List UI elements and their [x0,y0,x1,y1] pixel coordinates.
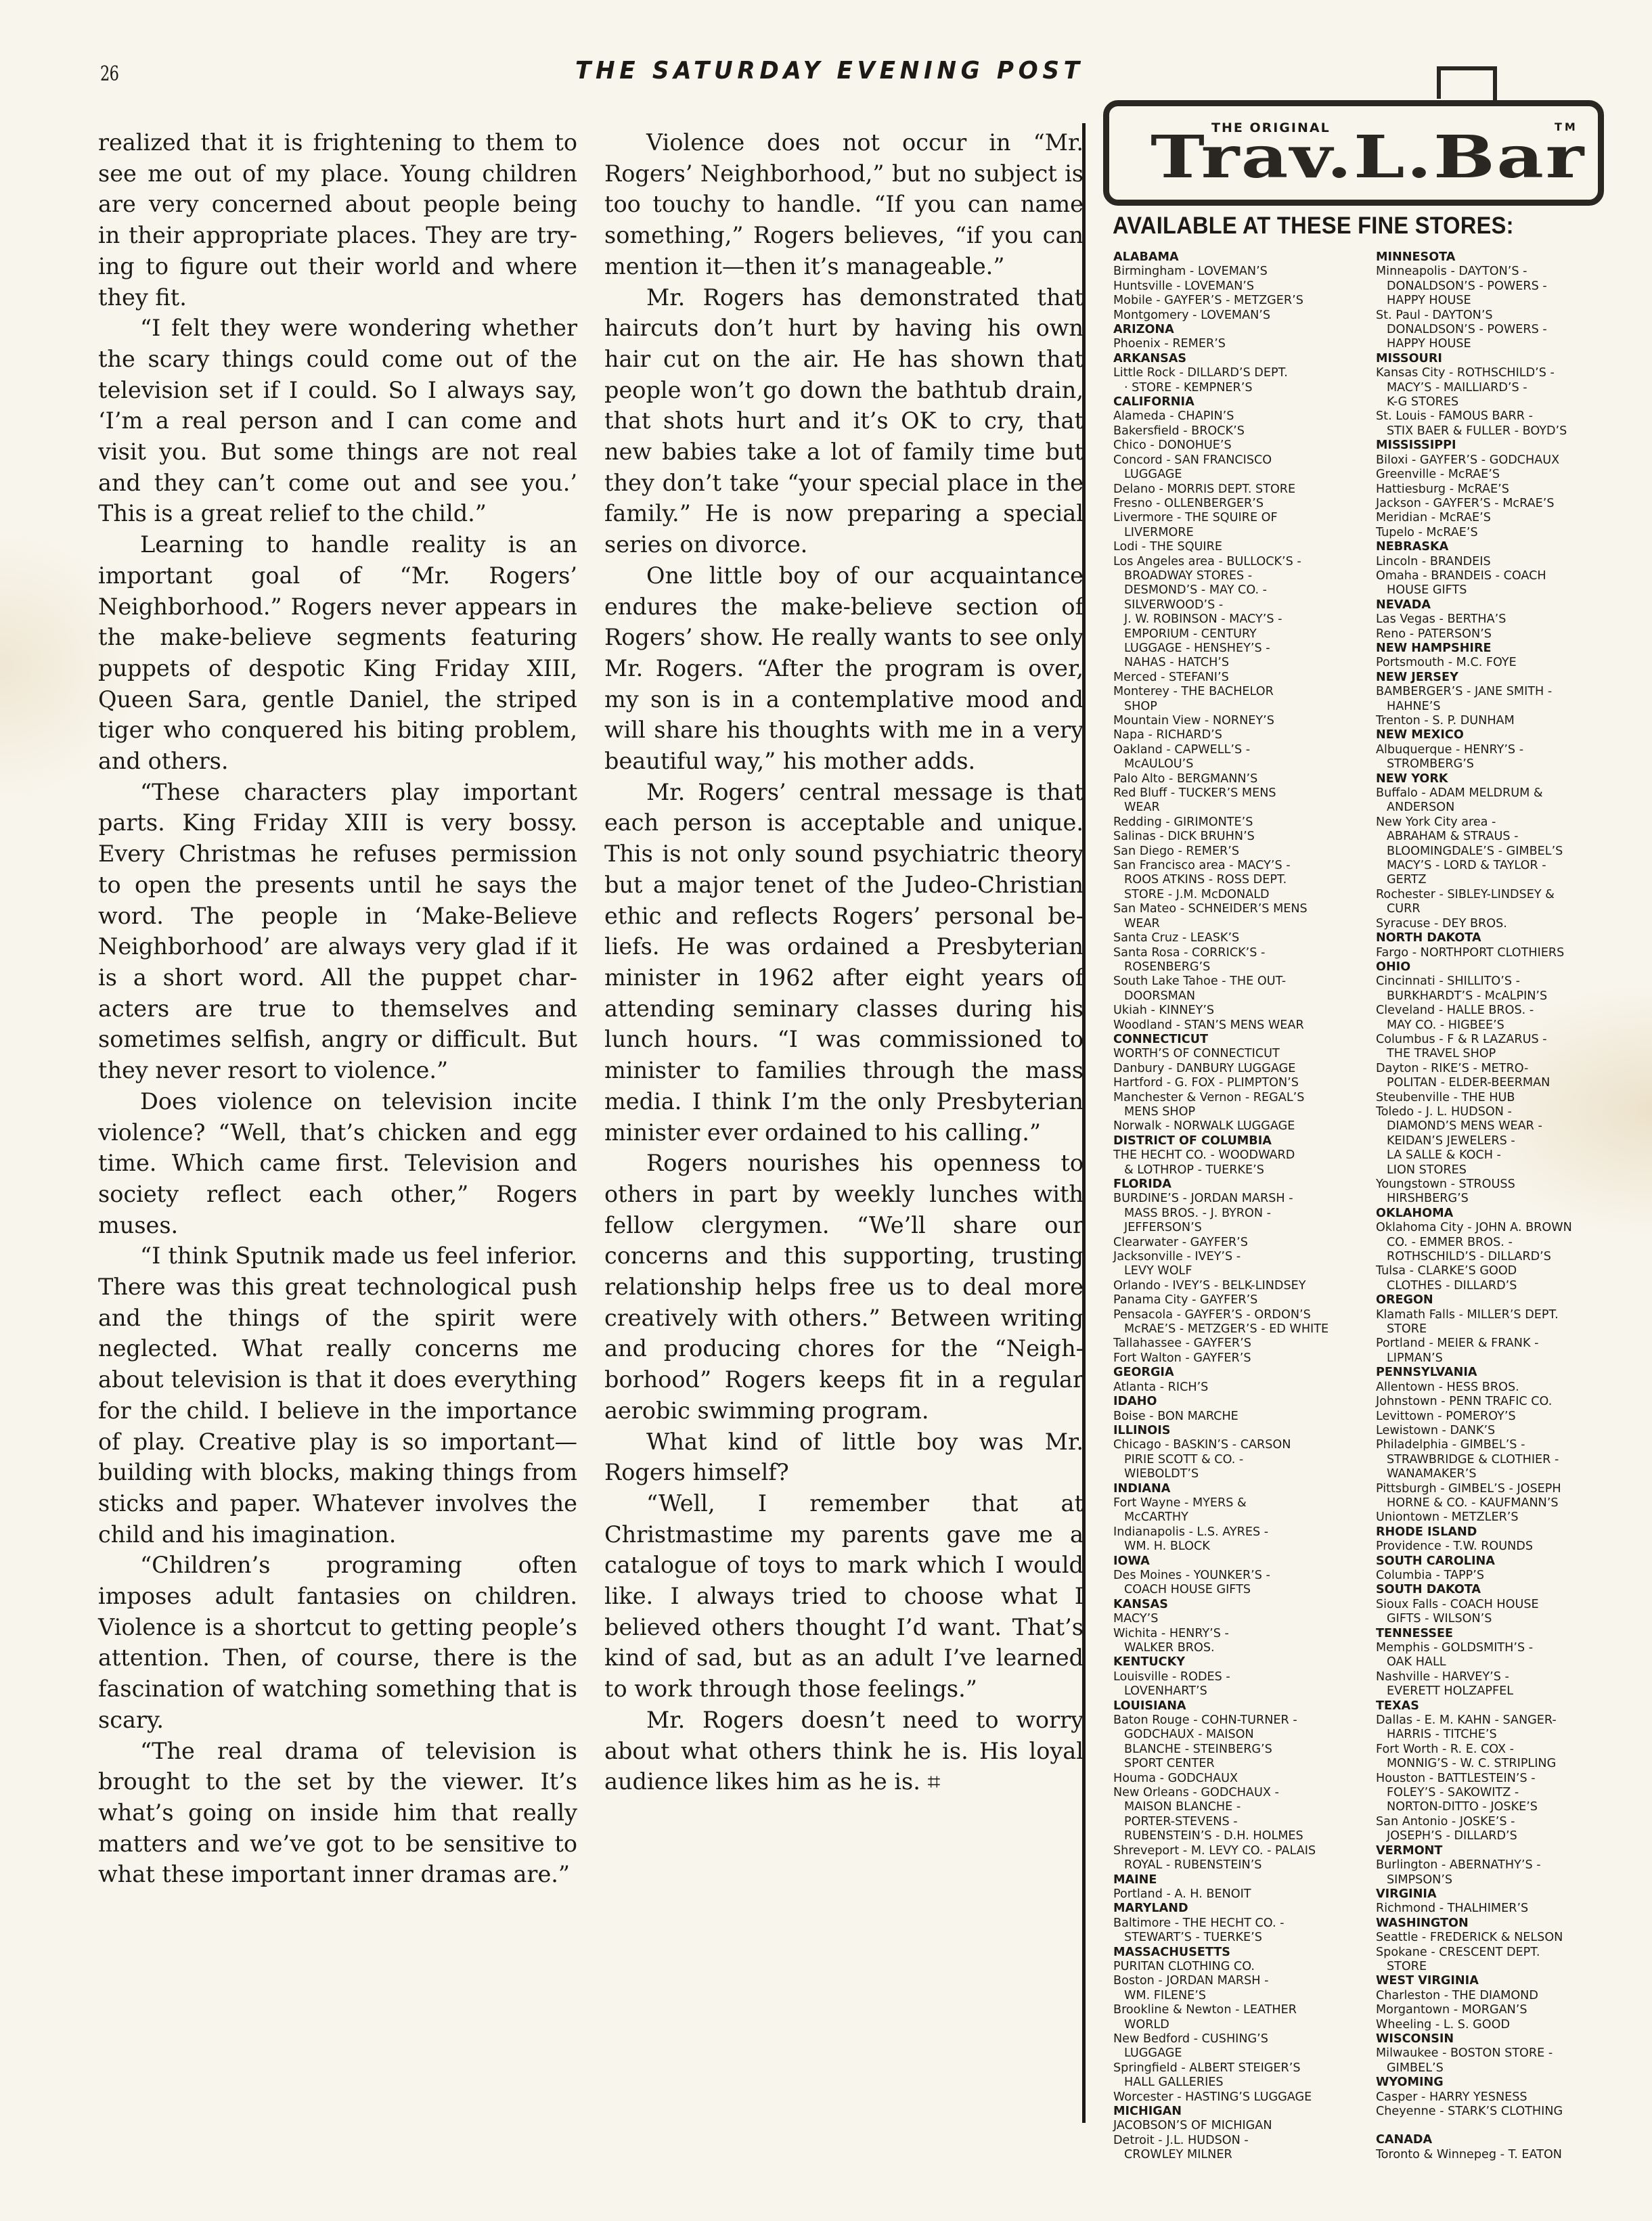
store-entry: Fresno - OLLENBERGER’S [1113,497,1329,511]
store-entry: MENS SHOP [1113,1105,1329,1119]
state-heading: VIRGINIA [1376,1887,1572,1902]
store-entry: Uniontown - METZLER’S [1376,1510,1572,1525]
store-entry: Klamath Falls - MILLER’S DEPT. [1376,1308,1572,1322]
store-entry: Fargo - NORTHPORT CLOTHIERS [1376,946,1572,960]
store-entry: Palo Alto - BERGMANN’S [1113,772,1329,786]
store-entry: Boston - JORDAN MARSH - [1113,1974,1329,1988]
store-entry: WM. FILENE’S [1113,1989,1329,2003]
article-paragraph: “I think Sputnik made us feel inferior. … [98,1240,577,1550]
magazine-page: 26 THE SATURDAY EVENING POST realized th… [0,0,1652,2221]
store-entry: Mobile - GAYFER’S - METZGER’S [1113,294,1329,308]
ad-headline: AVAILABLE AT THESE FINE STORES: [1113,212,1514,240]
store-entry: HAHNE’S [1376,700,1572,714]
store-entry: K-G STORES [1376,395,1572,409]
store-entry: OAK HALL [1376,1655,1572,1669]
store-entry: Wichita - HENRY’S - [1113,1627,1329,1641]
store-entry: Syracuse - DEY BROS. [1376,917,1572,931]
store-entry: Morgantown - MORGAN’S [1376,2003,1572,2017]
store-entry: Buffalo - ADAM MELDRUM & [1376,786,1572,801]
store-entry: Cincinnati - SHILLITO’S - [1376,974,1572,989]
store-entry: Ukiah - KINNEY’S [1113,1004,1329,1018]
store-entry: JEFFERSON’S [1113,1221,1329,1235]
store-entry: SIMPSON’S [1376,1873,1572,1887]
state-heading: MICHIGAN [1113,2105,1329,2119]
store-entry: Redding - GIRIMONTE’S [1113,815,1329,830]
state-heading: SOUTH DAKOTA [1376,1583,1572,1597]
store-entry: Norwalk - NORWALK LUGGAGE [1113,1119,1329,1134]
store-entry: Tulsa - CLARKE’S GOOD [1376,1264,1572,1278]
store-entry: Chico - DONOHUE’S [1113,439,1329,453]
store-entry: Orlando - IVEY’S - BELK-LINDSEY [1113,1279,1329,1293]
store-entry: Chicago - BASKIN’S - CARSON [1113,1438,1329,1452]
store-entry: WORLD [1113,2018,1329,2032]
store-entry: BURKHARDT’S - McALPIN’S [1376,989,1572,1004]
store-entry: STORE [1376,1960,1572,1974]
store-entry: JACOBSON’S OF MICHIGAN [1113,2119,1329,2133]
store-entry: HOUSE GIFTS [1376,583,1572,598]
store-entry: FOLEY’S - SAKOWITZ - [1376,1786,1572,1800]
store-entry: DESMOND’S - MAY CO. - [1113,583,1329,598]
store-entry: MONNIG’S - W. C. STRIPLING [1376,1757,1572,1771]
store-entry: Springfield - ALBERT STEIGER’S [1113,2061,1329,2076]
state-heading: MISSOURI [1376,352,1572,366]
store-entry: New Bedford - CUSHING’S [1113,2032,1329,2046]
store-entry: Rochester - SIBLEY-LINDSEY & [1376,888,1572,902]
store-entry: LUGGAGE [1113,2046,1329,2061]
store-entry: NAHAS - HATCH’S [1113,656,1329,670]
store-entry: HALL GALLERIES [1113,2076,1329,2090]
store-entry: Boise - BON MARCHE [1113,1410,1329,1424]
store-entry: BLANCHE - STEINBERG’S [1113,1743,1329,1757]
store-entry: Panama City - GAYFER’S [1113,1293,1329,1307]
state-heading: IDAHO [1113,1395,1329,1409]
store-entry: CLOTHES - DILLARD’S [1376,1279,1572,1293]
store-entry: BROADWAY STORES - [1113,569,1329,583]
store-entry: GERTZ [1376,873,1572,887]
store-entry: Fort Worth - R. E. COX - [1376,1743,1572,1757]
store-entry: DIAMOND’S MENS WEAR - [1376,1119,1572,1134]
store-entry: Merced - STEFANI’S [1113,671,1329,685]
store-entry: Monterey - THE BACHELOR [1113,685,1329,699]
store-entry: Oakland - CAPWELL’S - [1113,743,1329,757]
store-entry: Bakersfield - BROCK’S [1113,424,1329,439]
store-entry: Philadelphia - GIMBEL’S - [1376,1438,1572,1452]
store-entry: Minneapolis - DAYTON’S - [1376,265,1572,279]
store-entry: Kansas City - ROTHSCHILD’S - [1376,366,1572,380]
state-heading: MAINE [1113,1873,1329,1887]
store-entry: Napa - RICHARD’S [1113,728,1329,742]
state-heading: WASHINGTON [1376,1916,1572,1931]
store-entry: San Francisco area - MACY’S - [1113,859,1329,873]
store-entry: PURITAN CLOTHING CO. [1113,1960,1329,1974]
store-entry: Memphis - GOLDSMITH’S - [1376,1641,1572,1655]
store-entry: St. Paul - DAYTON’S [1376,309,1572,323]
store-entry: Red Bluff - TUCKER’S MENS [1113,786,1329,801]
store-entry: Toledo - J. L. HUDSON - [1376,1105,1572,1119]
store-entry: GODCHAUX - MAISON [1113,1728,1329,1742]
state-heading: LOUISIANA [1113,1699,1329,1713]
store-entry: Birmingham - LOVEMAN’S [1113,265,1329,279]
store-entry: BLOOMINGDALE’S - GIMBEL’S [1376,845,1572,859]
store-entry: WEAR [1113,917,1329,931]
state-heading: WYOMING [1376,2076,1572,2090]
store-entry: Baltimore - THE HECHT CO. - [1113,1916,1329,1931]
state-heading: NEW YORK [1376,772,1572,786]
state-heading: RHODE ISLAND [1376,1525,1572,1540]
state-heading: ARKANSAS [1113,352,1329,366]
article-paragraph: One little boy of our acquain­tance endu… [604,560,1084,777]
store-entry: Biloxi - GAYFER’S - GODCHAUX [1376,453,1572,468]
store-entry: Santa Cruz - LEASK’S [1113,931,1329,945]
store-entry: Baton Rouge - COHN-TURNER - [1113,1713,1329,1728]
article-paragraph: “I felt they were wondering whether the … [98,313,577,529]
store-entry: Columbus - F & R LAZARUS - [1376,1033,1572,1047]
store-entry: ROYAL - RUBENSTEIN’S [1113,1858,1329,1872]
store-entry: POLITAN - ELDER-BEERMAN [1376,1076,1572,1090]
store-entry: STEWART’S - TUERKE’S [1113,1931,1329,1945]
store-entry: ROTHSCHILD’S - DILLARD’S [1376,1250,1572,1264]
store-entry: LIPMAN’S [1376,1351,1572,1366]
store-entry: Mountain View - NORNEY’S [1113,714,1329,728]
store-entry: PORTER-STEVENS - [1113,1815,1329,1829]
article-paragraph: Violence does not occur in “Mr. Rogers’ … [604,127,1084,282]
state-heading: MASSACHUSETTS [1113,1946,1329,1960]
store-entry: Hattiesburg - McRAE’S [1376,483,1572,497]
store-entry: New York City area - [1376,815,1572,830]
store-entry: Shreveport - M. LEVY CO. - PALAIS [1113,1844,1329,1858]
store-entry: MAY CO. - HIGBEE’S [1376,1018,1572,1033]
article-paragraph: “The real drama of television is brought… [98,1736,577,1891]
store-entry: Jackson - GAYFER’S - McRAE’S [1376,497,1572,511]
store-entry: Fort Walton - GAYFER’S [1113,1351,1329,1366]
store-entry: STORE - J.M. McDONALD [1113,888,1329,902]
store-entry: Oklahoma City - JOHN A. BROWN [1376,1221,1572,1235]
article-paragraph: Mr. Rogers has demonstrated that haircut… [604,282,1084,560]
store-entry: BAMBERGER’S - JANE SMITH - [1376,685,1572,699]
store-entry: Los Angeles area - BULLOCK’S - [1113,555,1329,569]
store-entry: CROWLEY MILNER [1113,2148,1329,2162]
article-paragraph: realized that it is frightening to them … [98,127,577,313]
store-entry: EMPORIUM - CENTURY [1113,627,1329,642]
article-paragraph: Mr. Rogers’ central message is that each… [604,777,1084,1148]
store-entry: Dayton - RIKE’S - METRO- [1376,1062,1572,1076]
store-entry: Dallas - E. M. KAHN - SANGER- [1376,1713,1572,1728]
store-entry: Lincoln - BRANDEIS [1376,555,1572,569]
state-heading: KANSAS [1113,1598,1329,1612]
state-heading: NEW JERSEY [1376,671,1572,685]
store-entry: WIEBOLDT’S [1113,1467,1329,1481]
store-entry: & LOTHROP - TUERKE’S [1113,1163,1329,1177]
store-entry: DONALDSON’S - POWERS - [1376,323,1572,337]
store-entry: HORNE & CO. - KAUFMANN’S [1376,1496,1572,1510]
store-entry: Brookline & Newton - LEATHER [1113,2003,1329,2017]
store-entry: SILVERWOOD’S - [1113,598,1329,612]
article-paragraph: Does violence on television in­cite viol… [98,1086,577,1241]
store-entry: STROMBERG’S [1376,757,1572,771]
store-entry: Portland - A. H. BENOIT [1113,1887,1329,1902]
store-entry: DONALDSON’S - POWERS - [1376,279,1572,294]
state-heading: PENNSYLVANIA [1376,1366,1572,1380]
store-entry: San Mateo - SCHNEIDER’S MENS [1113,902,1329,916]
store-entry: Johnstown - PENN TRAFIC CO. [1376,1395,1572,1409]
store-entry: Burlington - ABERNATHY’S - [1376,1858,1572,1872]
state-heading: KENTUCKY [1113,1655,1329,1669]
store-entry: WEAR [1113,801,1329,815]
store-entry: HAPPY HOUSE [1376,294,1572,308]
store-entry: MASS BROS. - J. BYRON - [1113,1207,1329,1221]
state-heading: CANADA [1376,2133,1572,2147]
store-entry: Steubenville - THE HUB [1376,1091,1572,1105]
store-entry: Meridian - McRAE’S [1376,511,1572,525]
article-paragraph: Rogers nourishes his openness to others … [604,1148,1084,1426]
store-entry: KEIDAN’S JEWELERS - [1376,1134,1572,1148]
column-divider [1082,123,1086,2123]
store-entry: Providence - T.W. ROUNDS [1376,1540,1572,1554]
store-entry: COACH HOUSE GIFTS [1113,1583,1329,1597]
store-entry: CURR [1376,902,1572,916]
store-entry: Las Vegas - BERTHA’S [1376,612,1572,627]
store-entry: Casper - HARRY YESNESS [1376,2090,1572,2105]
store-entry: LOVENHART’S [1113,1684,1329,1699]
store-entry: Richmond - THALHIMER’S [1376,1902,1572,1916]
store-list-column-1: ALABAMABirmingham - LOVEMAN’SHuntsville … [1113,250,1329,2163]
store-entry: HIRSHBERG’S [1376,1192,1572,1206]
store-entry: BURDINE’S - JORDAN MARSH - [1113,1192,1329,1206]
store-entry: STRAWBRIDGE & CLOTHIER - [1376,1453,1572,1467]
state-heading: NEVADA [1376,598,1572,612]
store-entry: MACY’S - MAILLIARD’S - [1376,381,1572,395]
store-entry: Tupelo - McRAE’S [1376,526,1572,540]
store-entry: MACY’S - LORD & TAYLOR - [1376,859,1572,873]
store-entry: DOORSMAN [1113,989,1329,1004]
store-entry: Spokane - CRESCENT DEPT. [1376,1946,1572,1960]
store-entry: J. W. ROBINSON - MACY’S - [1113,612,1329,627]
store-entry: New Orleans - GODCHAUX - [1113,1786,1329,1800]
article-paragraph: Learning to handle reality is an importa… [98,529,577,777]
state-heading: INDIANA [1113,1482,1329,1496]
store-entry: SHOP [1113,700,1329,714]
state-heading: OREGON [1376,1293,1572,1307]
state-heading: CALIFORNIA [1113,395,1329,409]
store-entry: Delano - MORRIS DEPT. STORE [1113,483,1329,497]
store-entry: STORE [1376,1322,1572,1337]
store-entry: Pittsburgh - GIMBEL’S - JOSEPH [1376,1482,1572,1496]
state-heading: TEXAS [1376,1699,1572,1713]
store-entry: Manchester & Vernon - REGAL’S [1113,1091,1329,1105]
state-heading: IOWA [1113,1554,1329,1569]
store-entry: LUGGAGE [1113,468,1329,482]
store-entry: Pensacola - GAYFER’S - ORDON’S [1113,1308,1329,1322]
store-entry: CO. - EMMER BROS. - [1376,1236,1572,1250]
store-entry: GIMBEL’S [1376,2061,1572,2076]
store-entry: Allentown - HESS BROS. [1376,1381,1572,1395]
state-heading: CONNECTICUT [1113,1033,1329,1047]
store-entry: JOSEPH’S - DILLARD’S [1376,1829,1572,1843]
store-entry: EVERETT HOLZAPFEL [1376,1684,1572,1699]
store-entry: Little Rock - DILLARD’S DEPT. [1113,366,1329,380]
state-heading: NORTH DAKOTA [1376,931,1572,945]
state-heading: ARIZONA [1113,323,1329,337]
store-entry: Santa Rosa - CORRICK’S - [1113,946,1329,960]
store-entry: ANDERSON [1376,801,1572,815]
store-entry: PIRIE SCOTT & CO. - [1113,1453,1329,1467]
page-number: 26 [100,62,118,86]
store-entry: Fort Wayne - MYERS & [1113,1496,1329,1510]
store-entry: South Lake Tahoe - THE OUT- [1113,974,1329,989]
article-paragraph: “Children’s programing often imposes adu… [98,1550,577,1735]
state-heading: VERMONT [1376,1844,1572,1858]
store-entry: LUGGAGE - HENSHEY’S - [1113,642,1329,656]
store-entry: Levittown - POMEROY’S [1376,1410,1572,1424]
article-column-2: Violence does not occur in “Mr. Rogers’ … [604,127,1084,1797]
article-paragraph: “These characters play impor­tant parts.… [98,777,577,1086]
store-entry: Lodi - THE SQUIRE [1113,540,1329,554]
store-entry: San Antonio - JOSKE’S - [1376,1815,1572,1829]
store-entry: Alameda - CHAPIN’S [1113,409,1329,424]
store-entry: Nashville - HARVEY’S - [1376,1670,1572,1684]
store-entry: ROSENBERG’S [1113,960,1329,974]
store-entry: Salinas - DICK BRUHN’S [1113,830,1329,844]
store-entry: ROOS ATKINS - ROSS DEPT. [1113,873,1329,887]
store-entry: Jacksonville - IVEY’S - [1113,1250,1329,1264]
store-entry: NORTON-DITTO - JOSKE’S [1376,1800,1572,1814]
state-heading: GEORGIA [1113,1366,1329,1380]
store-entry: Columbia - TAPP’S [1376,1569,1572,1583]
state-heading: WISCONSIN [1376,2032,1572,2046]
store-entry: WANAMAKER’S [1376,1467,1572,1481]
article-column-1: realized that it is frightening to them … [98,127,577,1890]
store-entry: Sioux Falls - COACH HOUSE [1376,1598,1572,1612]
spacer [1376,2119,1572,2133]
store-entry: Trenton - S. P. DUNHAM [1376,714,1572,728]
state-heading: ALABAMA [1113,250,1329,265]
state-heading: SOUTH CAROLINA [1376,1554,1572,1569]
store-entry: · STORE - KEMPNER’S [1113,381,1329,395]
state-heading: NEW HAMPSHIRE [1376,642,1572,656]
store-entry: LEVY WOLF [1113,1264,1329,1278]
store-entry: WORTH’S OF CONNECTICUT [1113,1047,1329,1061]
store-entry: Omaha - BRANDEIS - COACH [1376,569,1572,583]
state-heading: MARYLAND [1113,1902,1329,1916]
brand-logo: Trav.L.Bar [1151,129,1586,187]
store-entry: SPORT CENTER [1113,1757,1329,1771]
state-heading: TENNESSEE [1376,1627,1572,1641]
store-entry: THE TRAVEL SHOP [1376,1047,1572,1061]
store-entry: Montgomery - LOVEMAN’S [1113,309,1329,323]
store-entry: Cleveland - HALLE BROS. - [1376,1004,1572,1018]
store-entry: McRAE’S - METZGER’S - ED WHITE [1113,1322,1329,1337]
store-entry: Woodland - STAN’S MENS WEAR [1113,1018,1329,1033]
store-entry: ABRAHAM & STRAUS - [1376,830,1572,844]
store-entry: WALKER BROS. [1113,1641,1329,1655]
state-heading: NEW MEXICO [1376,728,1572,742]
store-entry: Livermore - THE SQUIRE OF [1113,511,1329,525]
store-entry: HAPPY HOUSE [1376,337,1572,351]
state-heading: WEST VIRGINIA [1376,1974,1572,1988]
store-entry: MAISON BLANCHE - [1113,1800,1329,1814]
store-entry: Worcester - HASTING’S LUGGAGE [1113,2090,1329,2105]
store-entry: Seattle - FREDERICK & NELSON [1376,1931,1572,1945]
store-entry: Atlanta - RICH’S [1113,1381,1329,1395]
store-entry: Houston - BATTLESTEIN’S - [1376,1772,1572,1786]
state-heading: DISTRICT OF COLUMBIA [1113,1134,1329,1148]
store-entry: RUBENSTEIN’S - D.H. HOLMES [1113,1829,1329,1843]
store-entry: Clearwater - GAYFER’S [1113,1236,1329,1250]
store-entry: Toronto & Winnepeg - T. EATON [1376,2148,1572,2162]
store-entry: Wheeling - L. S. GOOD [1376,2018,1572,2032]
store-entry: St. Louis - FAMOUS BARR - [1376,409,1572,424]
store-entry: HARRIS - TITCHE’S [1376,1728,1572,1742]
store-entry: LIVERMORE [1113,526,1329,540]
state-heading: OKLAHOMA [1376,1207,1572,1221]
store-entry: Phoenix - REMER’S [1113,337,1329,351]
store-list-column-2: MINNESOTAMinneapolis - DAYTON’S -DONALDS… [1376,250,1572,2162]
store-entry: GIFTS - WILSON’S [1376,1612,1572,1626]
article-paragraph: Mr. Rogers doesn’t need to wor­ry about … [604,1705,1084,1797]
store-entry: McAULOU’S [1113,757,1329,771]
store-entry: Concord - SAN FRANCISCO [1113,453,1329,468]
publication-title: THE SATURDAY EVENING POST [575,57,1084,85]
store-entry: Indianapolis - L.S. AYRES - [1113,1525,1329,1540]
store-entry: Des Moines - YOUNKER’S - [1113,1569,1329,1583]
store-entry: Louisville - RODES - [1113,1670,1329,1684]
state-heading: FLORIDA [1113,1177,1329,1192]
article-paragraph: What kind of little boy was Mr. Rogers h… [604,1427,1084,1488]
store-entry: Cheyenne - STARK’S CLOTHING [1376,2105,1572,2119]
store-entry: Hartford - G. FOX - PLIMPTON’S [1113,1076,1329,1090]
store-entry: McCARTHY [1113,1510,1329,1525]
store-entry: STIX BAER & FULLER - BOYD’S [1376,424,1572,439]
state-heading: MISSISSIPPI [1376,439,1572,453]
state-heading: OHIO [1376,960,1572,974]
store-entry: Greenville - McRAE’S [1376,468,1572,482]
store-entry: MACY’S [1113,1612,1329,1626]
store-entry: Albuquerque - HENRY’S - [1376,743,1572,757]
state-heading: ILLINOIS [1113,1424,1329,1438]
store-entry: Tallahassee - GAYFER’S [1113,1337,1329,1351]
store-entry: Danbury - DANBURY LUGGAGE [1113,1062,1329,1076]
store-entry: Lewistown - DANK’S [1376,1424,1572,1438]
store-entry: Portsmouth - M.C. FOYE [1376,656,1572,670]
article-paragraph: “Well, I remember that at Christmastime … [604,1488,1084,1705]
suitcase-handle-right-icon [1458,66,1497,104]
store-entry: Portland - MEIER & FRANK - [1376,1337,1572,1351]
store-entry: San Diego - REMER’S [1113,845,1329,859]
store-entry: Youngstown - STROUSS [1376,1177,1572,1192]
store-entry: Houma - GODCHAUX [1113,1772,1329,1786]
state-heading: MINNESOTA [1376,250,1572,265]
store-entry: Huntsville - LOVEMAN’S [1113,279,1329,294]
store-entry: Milwaukee - BOSTON STORE - [1376,2046,1572,2061]
store-entry: THE HECHT CO. - WOODWARD [1113,1148,1329,1163]
store-entry: Detroit - J.L. HUDSON - [1113,2134,1329,2148]
store-entry: WM. H. BLOCK [1113,1540,1329,1554]
store-entry: LION STORES [1376,1163,1572,1177]
store-entry: Charleston - THE DIAMOND [1376,1989,1572,2003]
state-heading: NEBRASKA [1376,540,1572,554]
store-entry: LA SALLE & KOCH - [1376,1148,1572,1163]
store-entry: Reno - PATERSON’S [1376,627,1572,642]
